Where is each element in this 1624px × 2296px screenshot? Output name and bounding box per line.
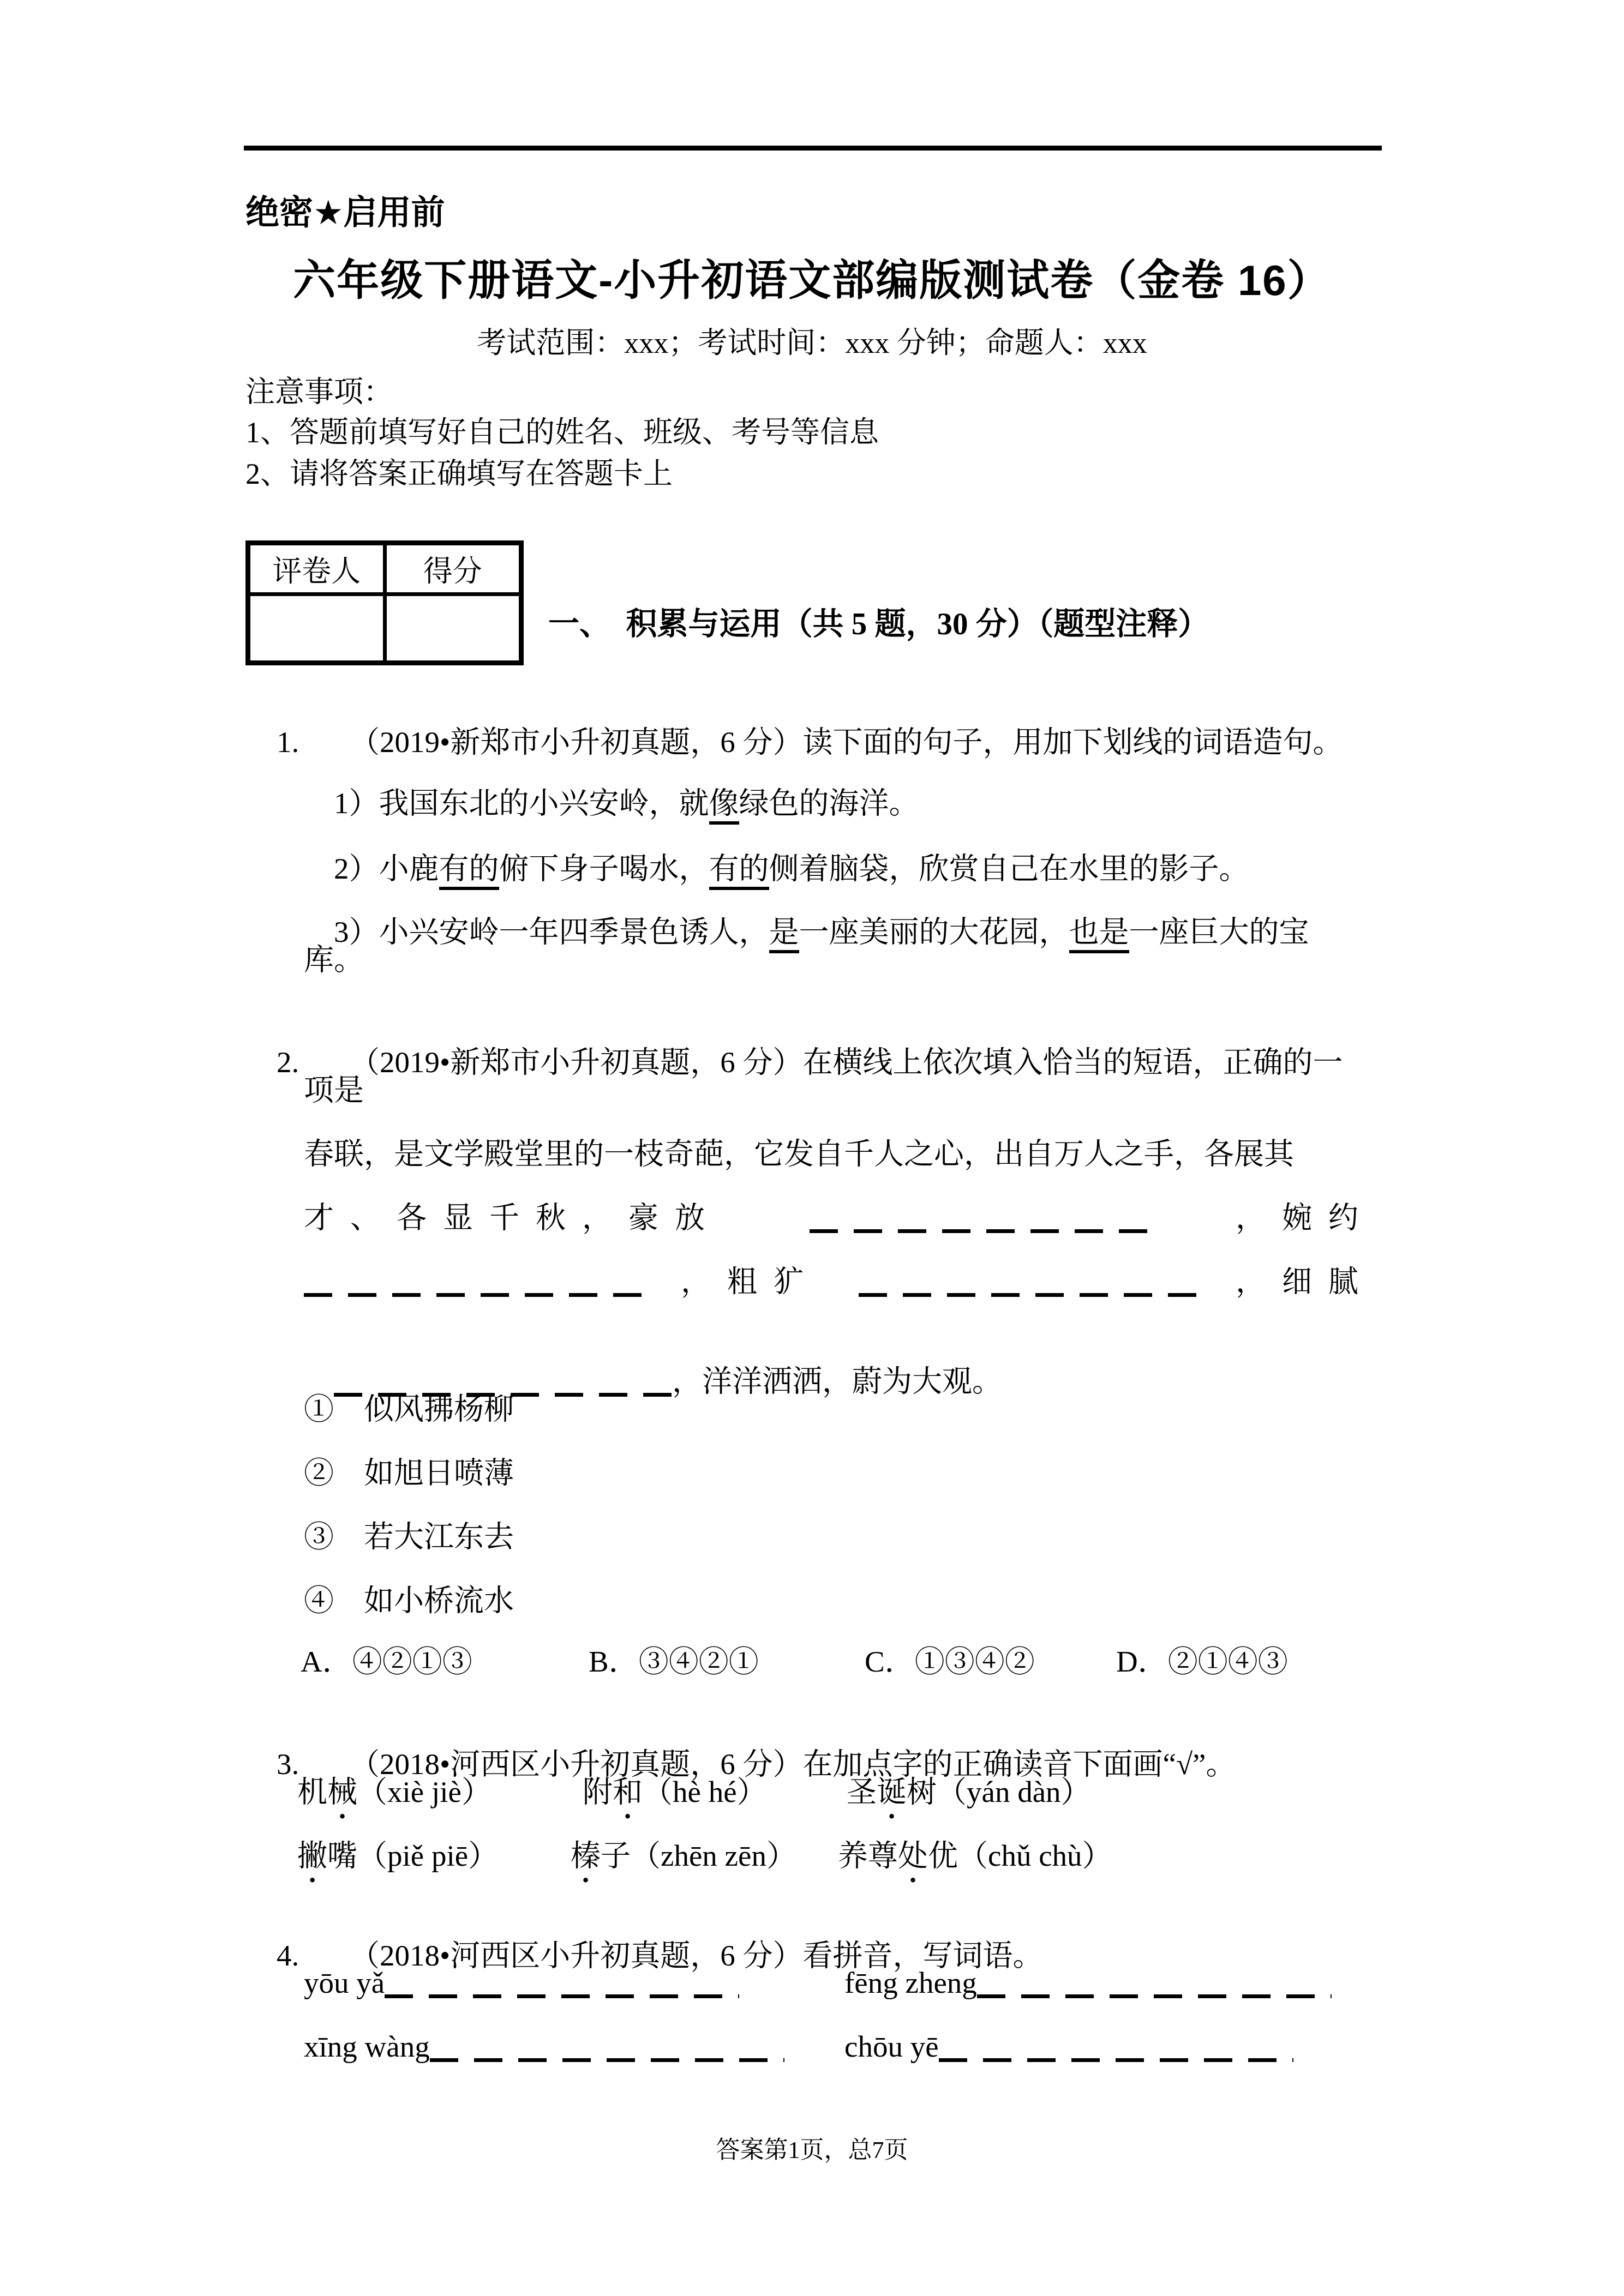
answer-blank (430, 2058, 784, 2062)
classified-label: 绝密★启用前 (245, 196, 445, 230)
dotted-char: 榛 (571, 1839, 601, 1872)
word-pinyin: 优（chǔ chù） (928, 1839, 1112, 1872)
question-1-sentence-3: 3）小兴安岭一年四季景色诱人，是一座美丽的大花园，也是一座巨大的宝 (304, 878, 1309, 986)
question-2-stem-line: 2.（2019•新郑市小升初真题，6 分）在横线上依次填入恰当的短语，正确的一 (247, 1008, 1343, 1116)
section-heading: 一、 积累与运用（共 5 题，30 分）（题型注释） (548, 599, 1209, 644)
test-paper-page: 绝密★启用前 六年级下册语文-小升初语文部编版测试卷（金卷 16） 考试范围：x… (0, 0, 1624, 2296)
options-row: A．④②①③ B．③④②① C．①③④② D．②①④③ (0, 1644, 1624, 1687)
word-text: 养尊 (838, 1839, 898, 1872)
fill-line-2-text: ，粗犷 (681, 1264, 820, 1300)
pinyin-label: chōu yē (844, 2029, 939, 2064)
score-table-header-row: 评卷人 得分 (250, 545, 519, 596)
sentence-3-text-b: 一座美丽的大花园， (799, 915, 1069, 948)
notice-item-1: 1、答题前填写好自己的姓名、班级、考号等信息 (245, 416, 879, 449)
fill-line-1: 才、各显千秋，豪放，婉约 (304, 1200, 1375, 1236)
score-table-grader-cell (250, 596, 387, 660)
dotted-char: 和 (613, 1775, 643, 1808)
dotted-char: 械 (327, 1775, 357, 1808)
word-pinyin: 嘴（piě piē） (327, 1839, 498, 1872)
word-text: 圣 (847, 1775, 877, 1808)
option-b: B．③④②① (589, 1644, 759, 1680)
choice-item-2: ② 如旭日喷薄 (304, 1455, 514, 1491)
choice-item-1: ① 似风拂杨柳 (304, 1391, 514, 1427)
choice-item-3: ③ 若大江东去 (304, 1519, 514, 1555)
underlined-word: 也是 (1069, 915, 1129, 953)
score-table-score-cell (387, 596, 519, 660)
sentence-3-text: 3）小兴安岭一年四季景色诱人， (334, 915, 769, 948)
answer-blank (939, 2058, 1293, 2062)
score-table: 评卷人 得分 (245, 540, 524, 665)
answer-blank (385, 1994, 739, 1998)
pinyin-choice-row-1: 机械（xiè jiè） 附和（hè hé） 圣诞树（yán dàn） (0, 1774, 1624, 1834)
fill-blank (810, 1229, 1148, 1233)
score-table-value-row (250, 596, 519, 660)
option-c: C．①③④② (865, 1644, 1035, 1680)
fill-line-1-text: 才、各显千秋，豪放 (304, 1200, 721, 1236)
fill-blank (859, 1293, 1197, 1297)
fill-line-3-text: ，洋洋洒洒，蔚为大观。 (672, 1365, 1002, 1398)
word-pinyin: 树（yán dàn） (907, 1775, 1091, 1808)
option-a: A．④②①③ (301, 1644, 472, 1680)
word-piezui: 撇嘴（piě piē） (297, 1838, 498, 1874)
pinyin-label: fēng zheng (844, 1966, 977, 2000)
pinyin-write-item-2: fēng zheng (844, 1966, 1332, 2000)
fill-line-2: ，粗犷，细腻 (304, 1264, 1375, 1300)
dotted-char: 处 (898, 1839, 928, 1872)
sentence-3-text-c: 一座巨大的宝 (1129, 915, 1309, 948)
word-pinyin: （xiè jiè） (357, 1775, 492, 1808)
option-d: D．②①④③ (1116, 1644, 1288, 1680)
word-text: 机 (297, 1775, 327, 1808)
word-fuhe: 附和（hè hé） (583, 1774, 767, 1810)
question-2-stem: （2019•新郑市小升初真题，6 分）在横线上依次填入恰当的短语，正确的一 (350, 1045, 1343, 1079)
word-text: 附 (583, 1775, 613, 1808)
pinyin-label: yōu yǎ (304, 1966, 385, 2000)
fill-blank (304, 1293, 642, 1297)
word-shengdanshu: 圣诞树（yán dàn） (847, 1774, 1091, 1810)
notice-item-2: 2、请将答案正确填写在答题卡上 (245, 457, 673, 491)
pinyin-write-item-3: xīng wàng (304, 2029, 784, 2064)
fill-line-1-text-b: ，婉约 (1236, 1200, 1375, 1236)
pinyin-label: xīng wàng (304, 2029, 430, 2064)
dotted-char: 诞 (877, 1775, 907, 1808)
word-zhenzi: 榛子（zhēn zēn） (571, 1838, 796, 1874)
pinyin-write-item-4: chōu yē (844, 2029, 1293, 2064)
dotted-char: 撇 (297, 1839, 327, 1872)
question-1-sentence-3-wrap: 库。 (304, 942, 364, 978)
answer-blank (977, 1994, 1332, 1998)
pinyin-choice-row-2: 撇嘴（piě piē） 榛子（zhēn zēn） 养尊处优（chǔ chù） (0, 1838, 1624, 1898)
notice-heading: 注意事项： (245, 375, 393, 409)
paper-subtitle: 考试范围：xxx；考试时间：xxx 分钟；命题人：xxx (0, 327, 1624, 359)
score-table-header-grader: 评卷人 (250, 545, 387, 596)
header-rule (244, 146, 1382, 151)
question-2-stem-wrap: 项是 (304, 1072, 364, 1108)
word-jixie: 机械（xiè jiè） (297, 1774, 492, 1810)
choice-item-4: ④ 如小桥流水 (304, 1583, 514, 1619)
word-yangzunchuyou: 养尊处优（chǔ chù） (838, 1838, 1112, 1874)
underlined-word: 是 (769, 915, 799, 953)
fill-line-2-text-b: ，细腻 (1236, 1264, 1375, 1300)
score-table-header-score: 得分 (387, 545, 519, 596)
page-footer: 答案第1页，总7页 (0, 2130, 1624, 2165)
paper-title: 六年级下册语文-小升初语文部编版测试卷（金卷 16） (0, 257, 1624, 304)
word-pinyin: （hè hé） (643, 1775, 767, 1808)
pinyin-write-item-1: yōu yǎ (304, 1966, 739, 2000)
word-pinyin: 子（zhēn zēn） (601, 1839, 796, 1872)
question-2-paragraph: 春联，是文学殿堂里的一枝奇葩，它发自千人之心，出自万人之手，各展其 (304, 1136, 1294, 1172)
